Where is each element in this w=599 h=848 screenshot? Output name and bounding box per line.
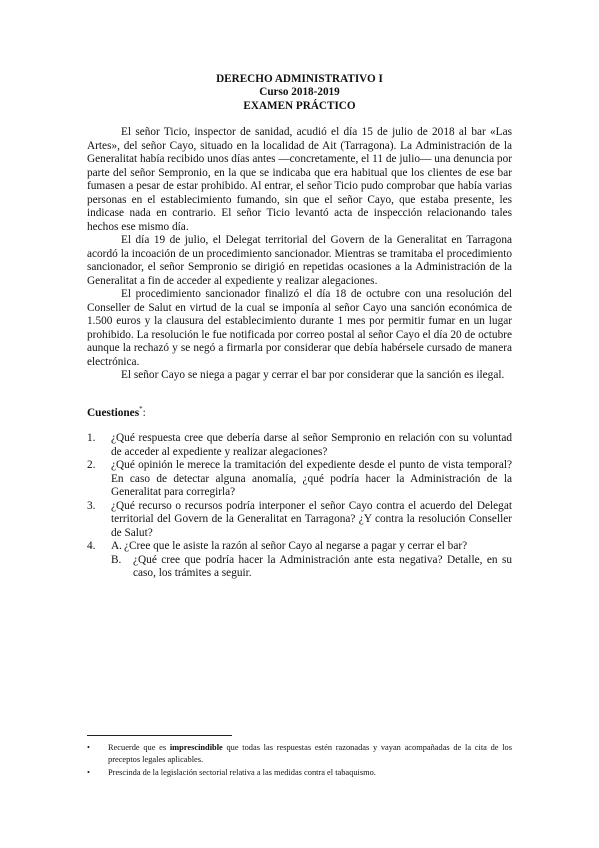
course-title: DERECHO ADMINISTRATIVO I [0,73,599,86]
question-item: 3. ¿Qué recurso o recursos podría interp… [87,500,512,541]
question-number: 1. [87,432,95,446]
sub-question-text: ¿Cree que le asiste la razón al señor Ca… [124,540,467,552]
heading-colon: : [143,407,146,419]
paragraph: El día 19 de julio, el Delegat territori… [87,234,512,288]
footnote-item: • Prescinda de la legislación sectorial … [87,767,512,779]
question-number: 4. [87,540,95,554]
question-text: ¿Qué respuesta cree que debería darse al… [111,432,512,458]
course-year: Curso 2018-2019 [0,86,599,99]
paragraph: El procedimiento sancionador finalizó el… [87,288,512,369]
question-item: 2. ¿Qué opinión le merece la tramitación… [87,459,512,500]
question-text: ¿Qué recurso o recursos podría interpone… [111,500,512,539]
footnote-separator [87,735,232,736]
sub-question-letter: A. [111,540,122,554]
footnote-text-before: Recuerde que es [108,743,170,752]
questions-heading-label: Cuestiones [87,407,139,419]
sub-question: B. ¿Qué cree que podría hacer la Adminis… [111,554,512,581]
footnotes-list: • Recuerde que es imprescindible que tod… [87,742,512,781]
question-number: 3. [87,500,95,514]
paragraph: El señor Cayo se niega a pagar y cerrar … [87,369,512,383]
questions-list: 1. ¿Qué respuesta cree que debería darse… [87,432,512,581]
question-number: 2. [87,459,95,473]
question-item: 4. A. ¿Cree que le asiste la razón al se… [87,540,512,581]
exam-title: EXAMEN PRÁCTICO [0,100,599,113]
sub-question-letter: B. [111,554,121,568]
footnote-emphasis: imprescindible [170,743,223,752]
document-header: DERECHO ADMINISTRATIVO I Curso 2018-2019… [0,73,599,113]
footnote-item: • Recuerde que es imprescindible que tod… [87,742,512,765]
questions-heading: Cuestiones*: [87,405,146,419]
question-text: ¿Qué opinión le merece la tramitación de… [111,459,512,498]
footnote-text-before: Prescinda de la legislación sectorial re… [108,768,376,777]
case-statement: El señor Ticio, inspector de sanidad, ac… [87,126,512,383]
sub-question: A. ¿Cree que le asiste la razón al señor… [111,540,512,554]
paragraph: El señor Ticio, inspector de sanidad, ac… [87,126,512,234]
document-page: DERECHO ADMINISTRATIVO I Curso 2018-2019… [0,0,599,848]
question-item: 1. ¿Qué respuesta cree que debería darse… [87,432,512,459]
bullet-icon: • [87,767,90,779]
bullet-icon: • [87,742,90,754]
sub-question-text: ¿Qué cree que podría hacer la Administra… [133,554,512,580]
